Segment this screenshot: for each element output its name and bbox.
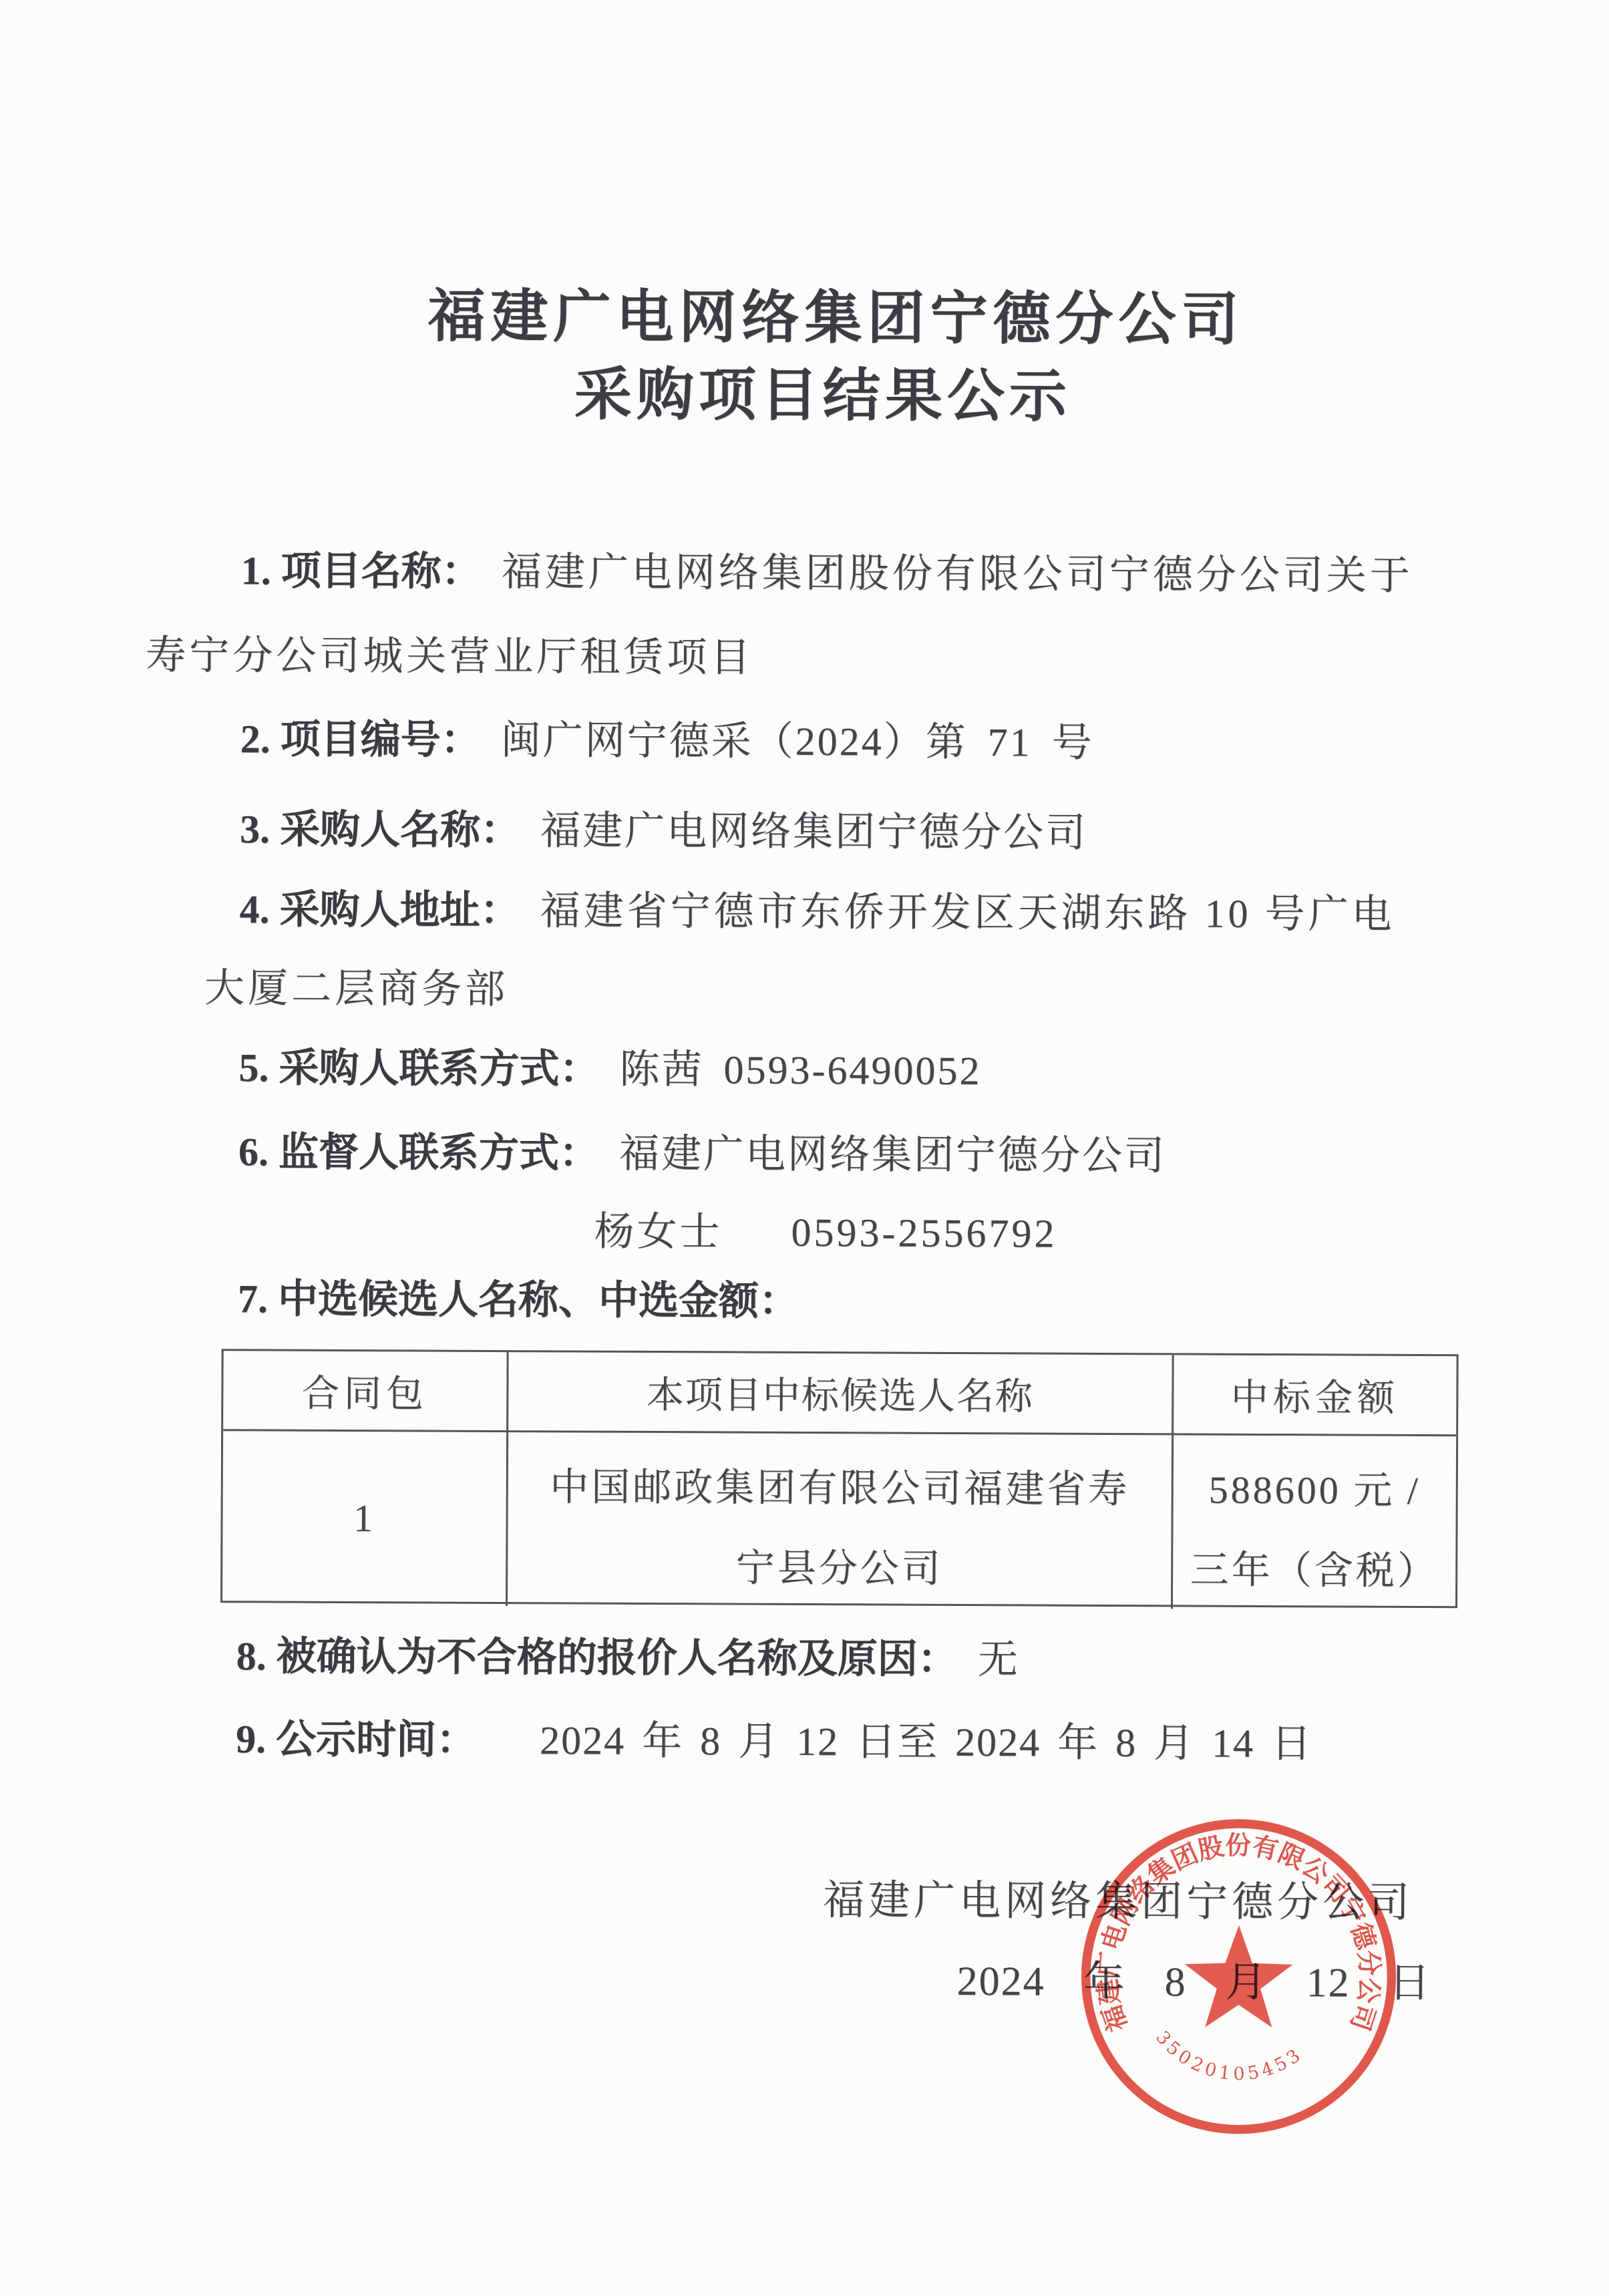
item-7: 7. 中选候选人名称、中选金额：: [238, 1272, 799, 1328]
item-9-value: 2024 年 8 月 12 日至 2024 年 8 月 14 日: [540, 1718, 1312, 1766]
seal-star-icon: [1184, 1925, 1292, 2028]
candidate-line-1: 中国邮政集团有限公司福建省寿: [550, 1447, 1130, 1530]
item-5-label: 5. 采购人联系方式：: [238, 1045, 599, 1091]
item-1: 1. 项目名称：福建广电网络集团股份有限公司宁德分公司关于: [241, 544, 1413, 603]
candidate-line-2: 宁县分公司: [735, 1528, 943, 1609]
item-9: 9. 公示时间：2024 年 8 月 12 日至 2024 年 8 月 14 日: [236, 1712, 1312, 1770]
results-table: 合同包 本项目中标候选人名称 中标金额 1 中国邮政集团有限公司福建省寿 宁县分…: [220, 1349, 1459, 1608]
item-4-value: 福建省宁德市东侨开发区天湖东路 10 号广电: [540, 888, 1395, 937]
page-subtitle: 采购项目结果公示: [574, 359, 1071, 431]
item-5: 5. 采购人联系方式：陈茜 0593-6490052: [238, 1041, 981, 1098]
item-4-value-wrap: 大厦二层商务部: [204, 961, 508, 1016]
item-6-value: 福建广电网络集团宁德分公司: [619, 1132, 1166, 1178]
item-1-value-wrap: 寿宁分公司城关营业厅租赁项目: [146, 629, 753, 685]
table-cell-amount: 588600 元 / 三年（含税）: [1173, 1435, 1456, 1610]
item-3: 3. 采购人名称：福建广电网络集团宁德分公司: [240, 802, 1087, 860]
table-cell-candidate: 中国邮政集团有限公司福建省寿 宁县分公司: [508, 1432, 1174, 1609]
item-8: 8. 被确认为不合格的报价人名称及原因：无: [236, 1629, 1019, 1686]
svg-text:35020105453: 35020105453: [1151, 2027, 1308, 2085]
item-2-value: 闽广网宁德采（2024）第 71 号: [501, 718, 1094, 765]
item-1-value: 福建广电网络集团股份有限公司宁德分公司关于: [502, 550, 1413, 598]
table-header-package: 合同包: [223, 1351, 509, 1432]
table-cell-package: 1: [222, 1431, 508, 1606]
item-6: 6. 监督人联系方式：福建广电网络集团宁德分公司: [238, 1125, 1166, 1182]
amount-line-2: 三年（含税）: [1190, 1530, 1439, 1612]
scanned-document-page: 福建广电网络集团宁德分公司 采购项目结果公示 1. 项目名称：福建广电网络集团股…: [0, 0, 1609, 2296]
document-sheet: 福建广电网络集团宁德分公司 采购项目结果公示 1. 项目名称：福建广电网络集团股…: [0, 0, 1609, 2296]
item-7-label: 7. 中选候选人名称、中选金额：: [238, 1277, 799, 1323]
item-3-value: 福建广电网络集团宁德分公司: [540, 808, 1087, 855]
item-4-label: 4. 采购人地址：: [239, 887, 520, 933]
page-title: 福建广电网络集团宁德分公司: [427, 282, 1244, 355]
item-2: 2. 项目编号：闽广网宁德采（2024）第 71 号: [240, 712, 1093, 770]
item-8-value: 无: [978, 1637, 1020, 1681]
amount-line-1: 588600 元 /: [1208, 1450, 1421, 1531]
item-4: 4. 采购人地址：福建省宁德市东侨开发区天湖东路 10 号广电: [239, 882, 1395, 941]
table-header-amount: 中标金额: [1174, 1355, 1457, 1436]
item-6-label: 6. 监督人联系方式：: [238, 1130, 599, 1175]
item-2-label: 2. 项目编号：: [240, 717, 481, 762]
item-1-label: 1. 项目名称：: [241, 548, 482, 594]
item-6-value-wrap: 杨女士 0593-2556792: [594, 1205, 1057, 1261]
seal-code: 35020105453: [1151, 2027, 1308, 2085]
item-9-label: 9. 公示时间：: [236, 1717, 476, 1762]
item-3-label: 3. 采购人名称：: [240, 807, 520, 852]
item-8-label: 8. 被确认为不合格的报价人名称及原因：: [236, 1634, 958, 1681]
item-5-value: 陈茜 0593-6490052: [619, 1047, 981, 1093]
table-header-candidate: 本项目中标候选人名称: [508, 1352, 1174, 1435]
company-seal: 福建广电网络集团股份有限公司宁德分公司 35020105453: [1071, 1809, 1407, 2144]
